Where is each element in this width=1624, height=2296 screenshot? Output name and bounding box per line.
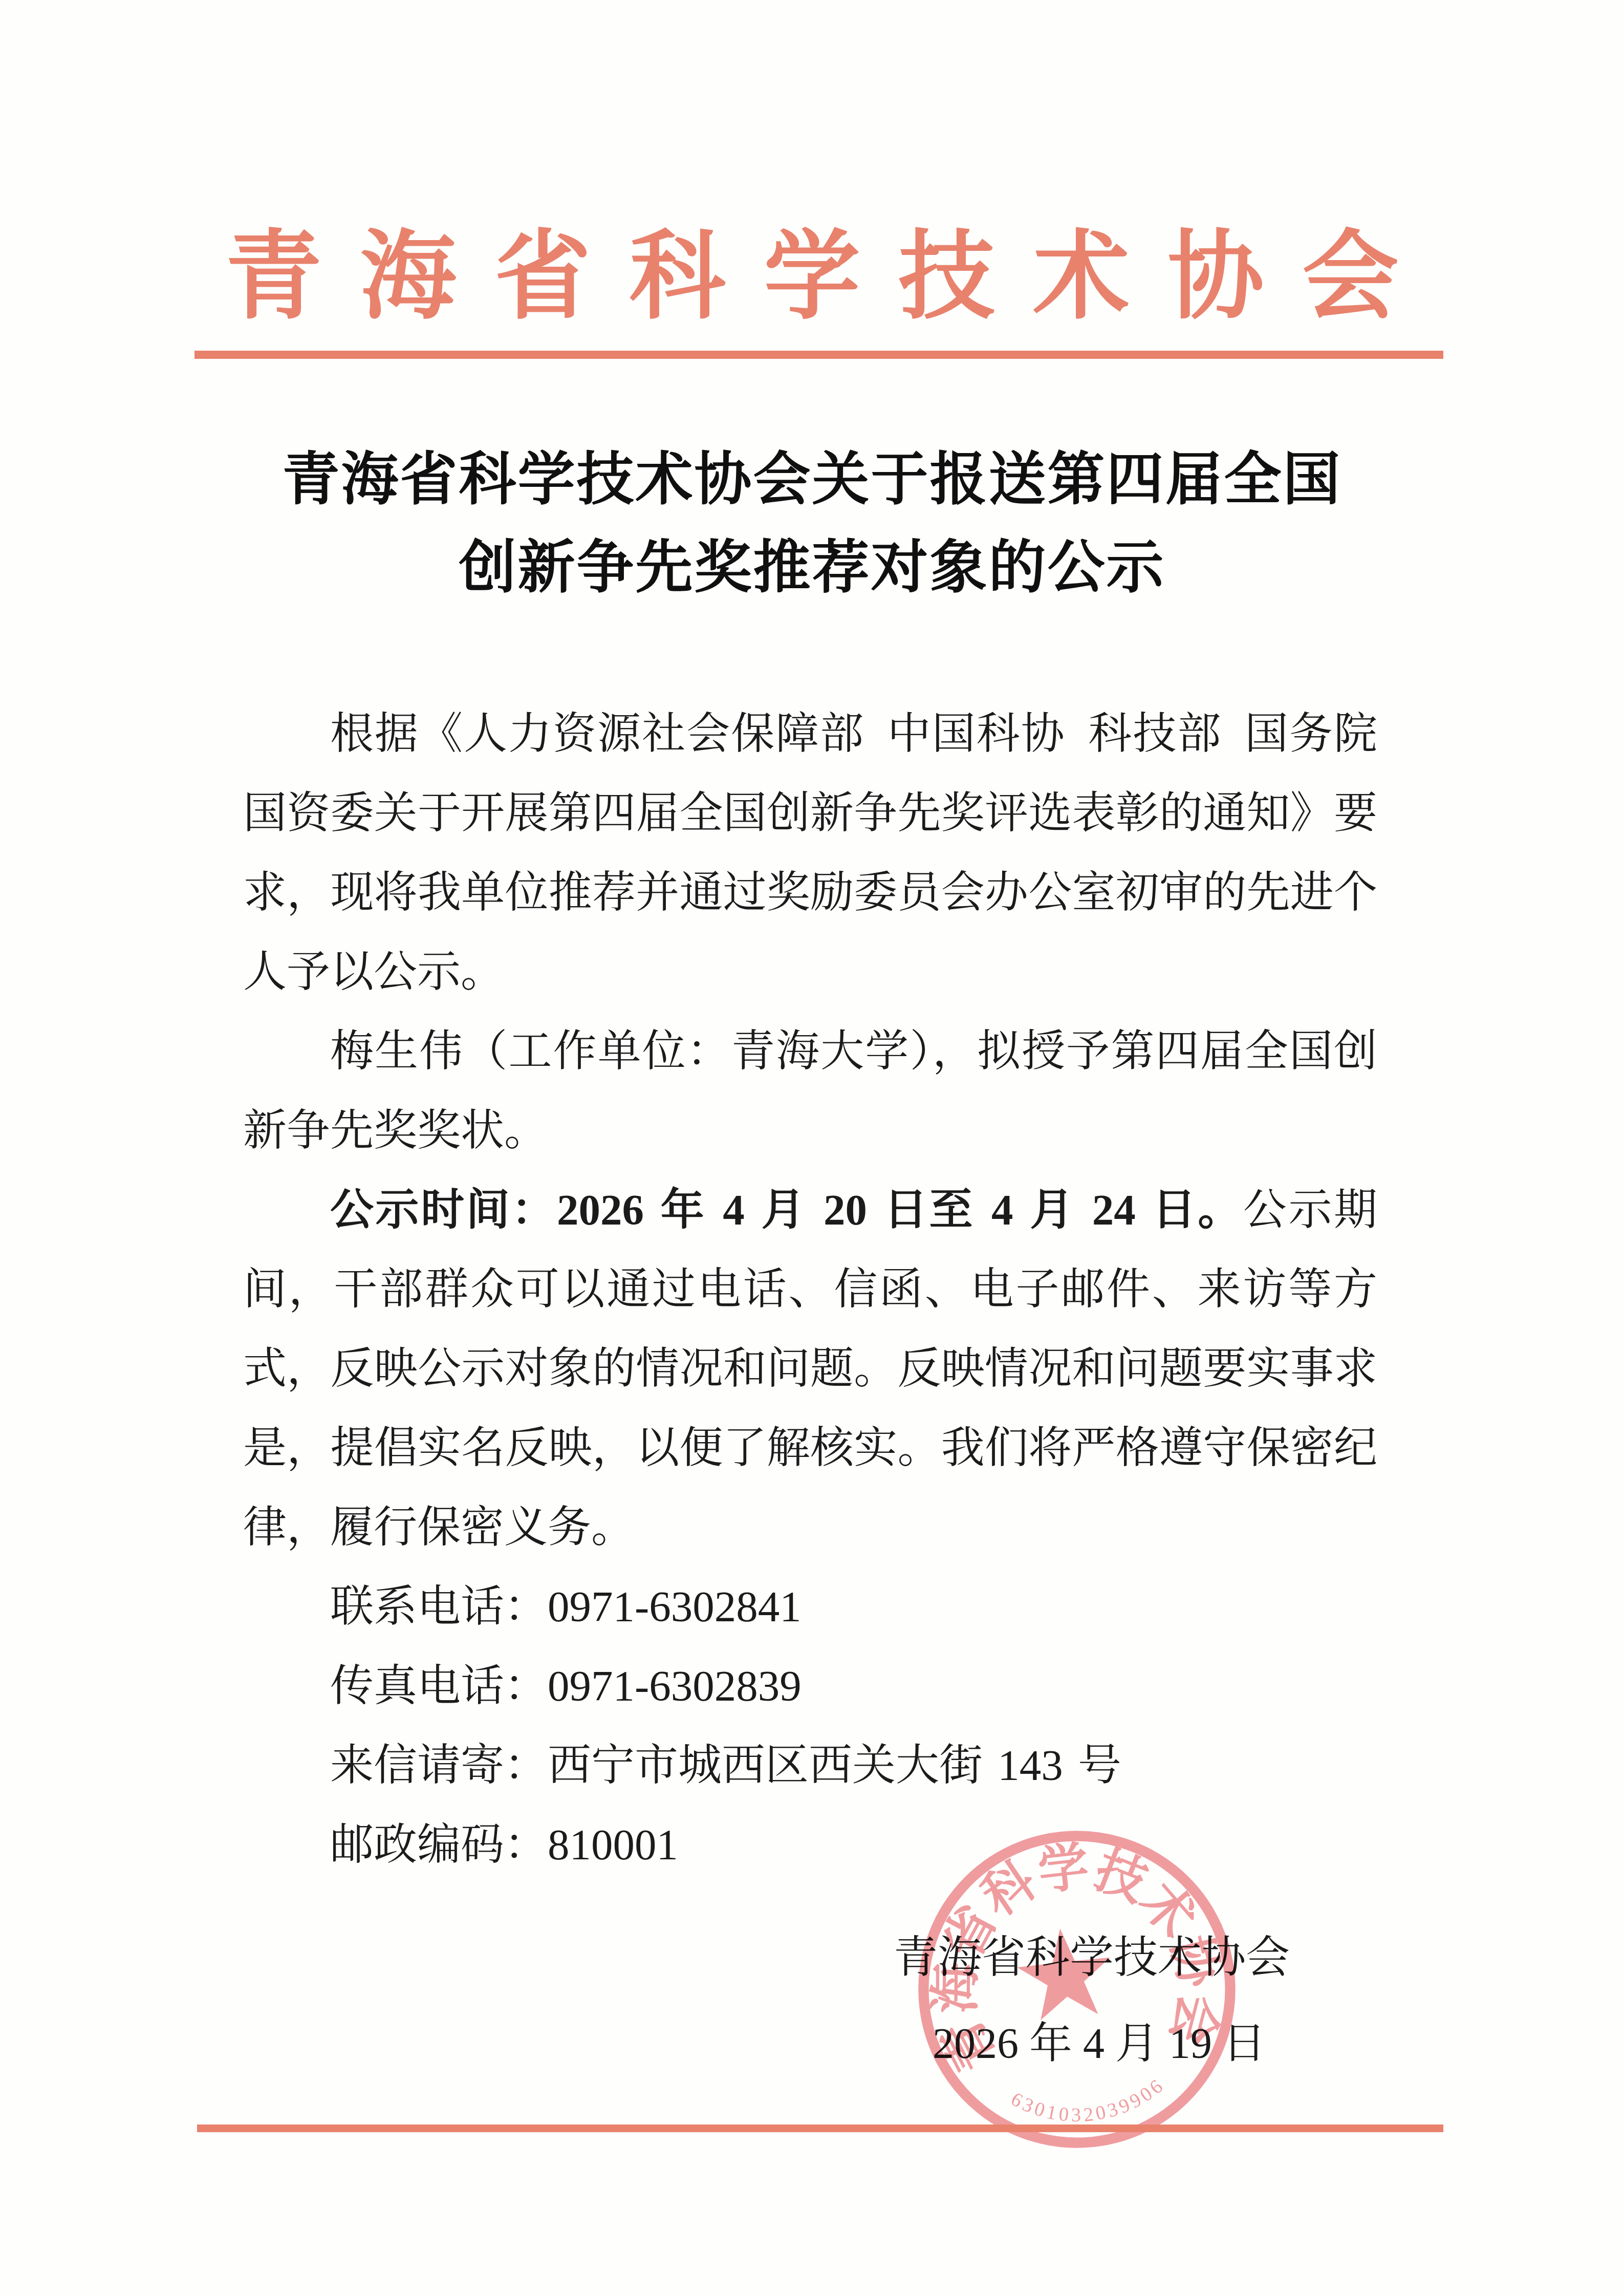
document-title-line-1: 青海省科学技术协会关于报送第四届全国 — [0, 436, 1624, 524]
body-text: 根据《人力资源社会保障部 中国科协 科技部 国务院国资委关于开展第四届全国创新争… — [243, 695, 1377, 1885]
letterhead-divider-rule — [194, 351, 1443, 359]
contact-value: 0971-6302839 — [548, 1662, 802, 1710]
contact-line-fax: 传真电话：0971-6302839 — [243, 1647, 1377, 1726]
paragraph-basis: 根据《人力资源社会保障部 中国科协 科技部 国务院国资委关于开展第四届全国创新争… — [243, 695, 1377, 1012]
scanned-notice-page: 青海省科学技术协会 青海省科学技术协会关于报送第四届全国 创新争先奖推荐对象的公… — [0, 0, 1624, 2296]
official-seal: 青海省科学技术协会 6301032039906 — [889, 1801, 1265, 2177]
document-title-line-2: 创新争先奖推荐对象的公示 — [0, 524, 1624, 612]
seal-star-icon — [1013, 1924, 1116, 2022]
paragraph-notice-period: 公示时间：2026 年 4 月 20 日至 4 月 24 日。公示期间，干部群众… — [243, 1171, 1377, 1568]
contact-line-phone: 联系电话：0971-6302841 — [243, 1568, 1377, 1647]
contact-label: 来信请寄： — [330, 1742, 548, 1790]
seal-ring-text: 青海省科学技术协会 — [911, 1825, 1236, 2082]
notice-period-dates: 公示时间：2026 年 4 月 20 日至 4 月 24 日。 — [330, 1186, 1243, 1234]
contact-value: 0971-6302841 — [548, 1583, 802, 1631]
paragraph-awardee: 梅生伟（工作单位：青海大学），拟授予第四届全国创新争先奖奖状。 — [243, 1012, 1377, 1171]
contact-line-mail-address: 来信请寄：西宁市城西区西关大街 143 号 — [243, 1726, 1377, 1806]
contact-label: 传真电话： — [330, 1662, 548, 1710]
contact-value: 810001 — [548, 1821, 678, 1869]
svg-text:青海省科学技术协会: 青海省科学技术协会 — [911, 1825, 1236, 2082]
notice-period-details: 公示期间，干部群众可以通过电话、信函、电子邮件、来访等方式，反映公示对象的情况和… — [243, 1186, 1377, 1552]
letterhead-org-name: 青海省科学技术协会 — [0, 224, 1624, 329]
contact-label: 联系电话： — [330, 1583, 548, 1631]
contact-label: 邮政编码： — [330, 1821, 548, 1869]
footer-rule — [197, 2125, 1443, 2132]
contact-value: 西宁市城西区西关大街 143 号 — [548, 1742, 1121, 1790]
document-title: 青海省科学技术协会关于报送第四届全国 创新争先奖推荐对象的公示 — [0, 436, 1624, 612]
